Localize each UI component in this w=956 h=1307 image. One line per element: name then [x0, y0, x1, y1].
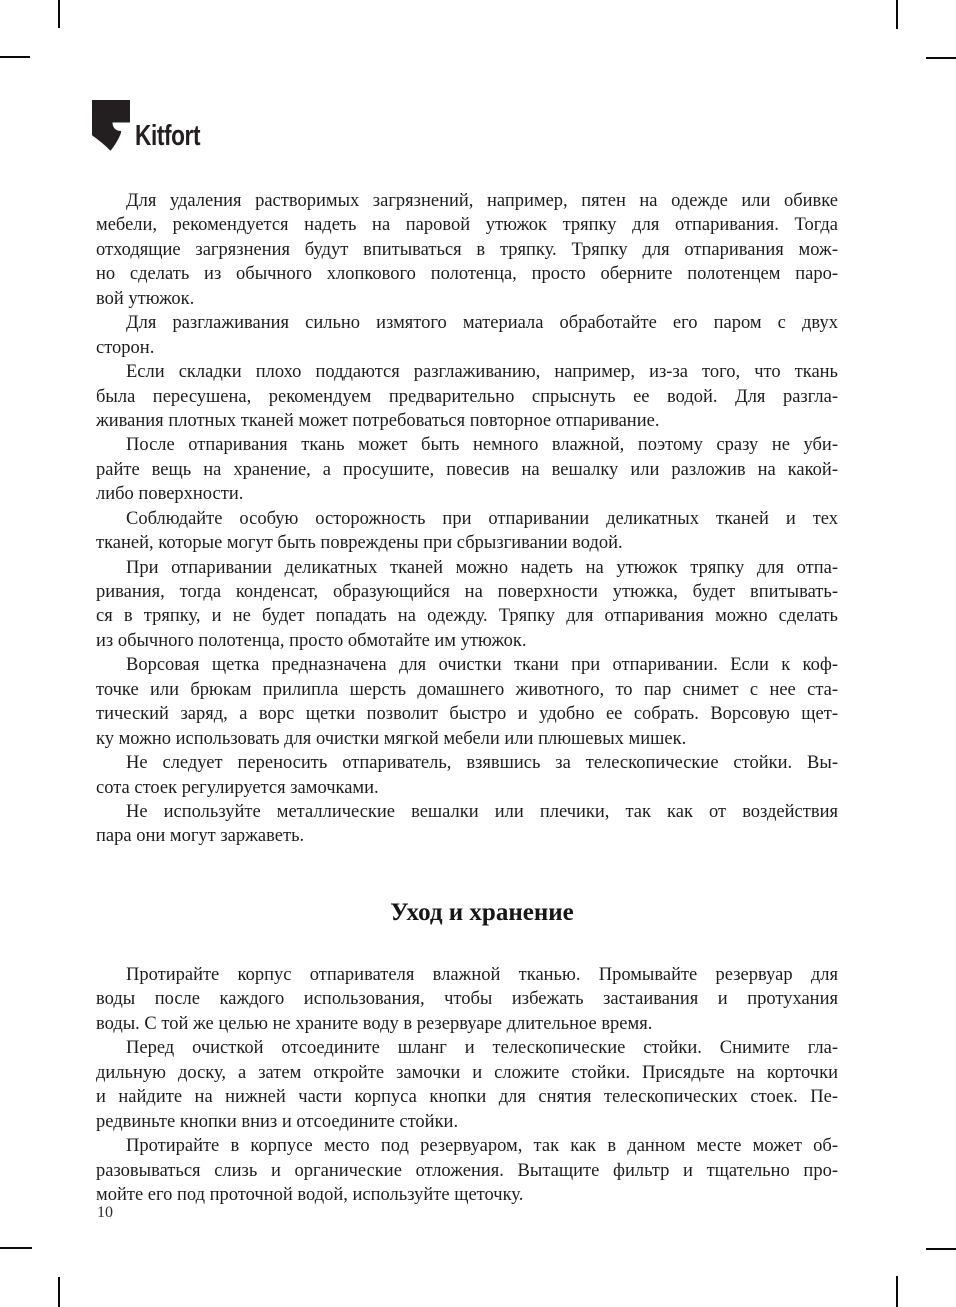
text-line: сторон.: [96, 336, 838, 360]
text-line: Если складки плохо поддаются разглаживан…: [96, 360, 838, 384]
text-line: сота стоек регулируется замочками.: [96, 776, 838, 800]
text-line: но сделать из обычного хлопкового полоте…: [96, 262, 838, 286]
crop-mark-top-right-horizontal: [926, 57, 956, 59]
text-line: Ворсовая щетка предназначена для очистки…: [96, 653, 838, 677]
crop-mark-bottom-right-vertical: [896, 1276, 898, 1307]
text-line: из обычного полотенца, просто обмотайте …: [96, 629, 838, 653]
text-line: Не следует переносить отпариватель, взяв…: [96, 751, 838, 775]
paragraph: Перед очисткой отсоедините шланг и телес…: [96, 1036, 838, 1134]
paragraph: При отпаривании деликатных тканей можно …: [96, 556, 838, 654]
text-line: пара они могут заржаветь.: [96, 824, 838, 848]
text-line: Протирайте корпус отпаривателя влажной т…: [96, 963, 838, 987]
text-line: райте вещь на хранение, а просушите, пов…: [96, 458, 838, 482]
care-storage-section: Протирайте корпус отпаривателя влажной т…: [96, 963, 838, 1207]
text-line: редвиньте кнопки вниз и отсоедините стой…: [96, 1110, 838, 1134]
crop-mark-top-right-vertical: [896, 0, 898, 29]
crop-mark-top-left-vertical: [58, 0, 60, 28]
text-line: воды. С той же целью не храните воду в р…: [96, 1012, 838, 1036]
text-line: воды после каждого использования, чтобы …: [96, 987, 838, 1011]
crop-mark-bottom-right-horizontal: [926, 1248, 956, 1250]
text-line: мебели, рекомендуется надеть на паровой …: [96, 213, 838, 237]
text-line: Перед очисткой отсоедините шланг и телес…: [96, 1036, 838, 1060]
text-line: разовываться слизь и органические отложе…: [96, 1159, 838, 1183]
document-page: Kitfort Для удаления растворимых загрязн…: [0, 0, 956, 1307]
paragraph: Если складки плохо поддаются разглаживан…: [96, 360, 838, 433]
kitfort-logo: Kitfort: [92, 100, 218, 152]
text-line: живания плотных тканей может потребовать…: [96, 409, 838, 433]
usage-tips-section: Для удаления растворимых загрязнений, на…: [96, 189, 838, 849]
text-line: вой утюжок.: [96, 287, 838, 311]
text-line: была пересушена, рекомендуем предварител…: [96, 385, 838, 409]
text-line: ся в тряпку, и не будет попадать на одеж…: [96, 604, 838, 628]
paragraph: Не используйте металлические вешалки или…: [96, 800, 838, 849]
text-line: тканей, которые могут быть повреждены пр…: [96, 531, 838, 555]
text-line: отходящие загрязнения будут впитываться …: [96, 238, 838, 262]
paragraph: Протирайте корпус отпаривателя влажной т…: [96, 963, 838, 1036]
crop-mark-bottom-left-horizontal: [0, 1247, 32, 1249]
text-line: дильную доску, а затем откройте замочки …: [96, 1061, 838, 1085]
text-line: Не используйте металлические вешалки или…: [96, 800, 838, 824]
crop-mark-bottom-left-vertical: [58, 1277, 60, 1307]
text-line: Протирайте в корпусе место под резервуар…: [96, 1134, 838, 1158]
text-line: точке или брюкам прилипла шерсть домашне…: [96, 678, 838, 702]
text-line: После отпаривания ткань может быть немно…: [96, 433, 838, 457]
paragraph: Соблюдайте особую осторожность при отпар…: [96, 507, 838, 556]
page-number: 10: [97, 1204, 113, 1222]
paragraph: Протирайте в корпусе место под резервуар…: [96, 1134, 838, 1207]
paragraph: Для разглаживания сильно измятого матери…: [96, 311, 838, 360]
text-line: либо поверхности.: [96, 482, 838, 506]
paragraph: Ворсовая щетка предназначена для очистки…: [96, 653, 838, 751]
kitfort-flag-icon: [92, 100, 130, 152]
text-line: Соблюдайте особую осторожность при отпар…: [96, 507, 838, 531]
section-heading: Уход и хранение: [96, 896, 838, 930]
crop-mark-top-left-horizontal: [0, 56, 30, 58]
text-line: тический заряд, а ворс щетки позволит бы…: [96, 702, 838, 726]
text-line: Для разглаживания сильно измятого матери…: [96, 311, 838, 335]
text-line: и найдите на нижней части корпуса кнопки…: [96, 1085, 838, 1109]
paragraph: Для удаления растворимых загрязнений, на…: [96, 189, 838, 311]
paragraph: Не следует переносить отпариватель, взяв…: [96, 751, 838, 800]
text-line: ривания, тогда конденсат, образующийся н…: [96, 580, 838, 604]
kitfort-wordmark: Kitfort: [135, 122, 200, 151]
text-line: При отпаривании деликатных тканей можно …: [96, 556, 838, 580]
text-line: ку можно использовать для очистки мягкой…: [96, 727, 838, 751]
paragraph: После отпаривания ткань может быть немно…: [96, 433, 838, 506]
text-line: Для удаления растворимых загрязнений, на…: [96, 189, 838, 213]
text-line: мойте его под проточной водой, используй…: [96, 1183, 838, 1207]
